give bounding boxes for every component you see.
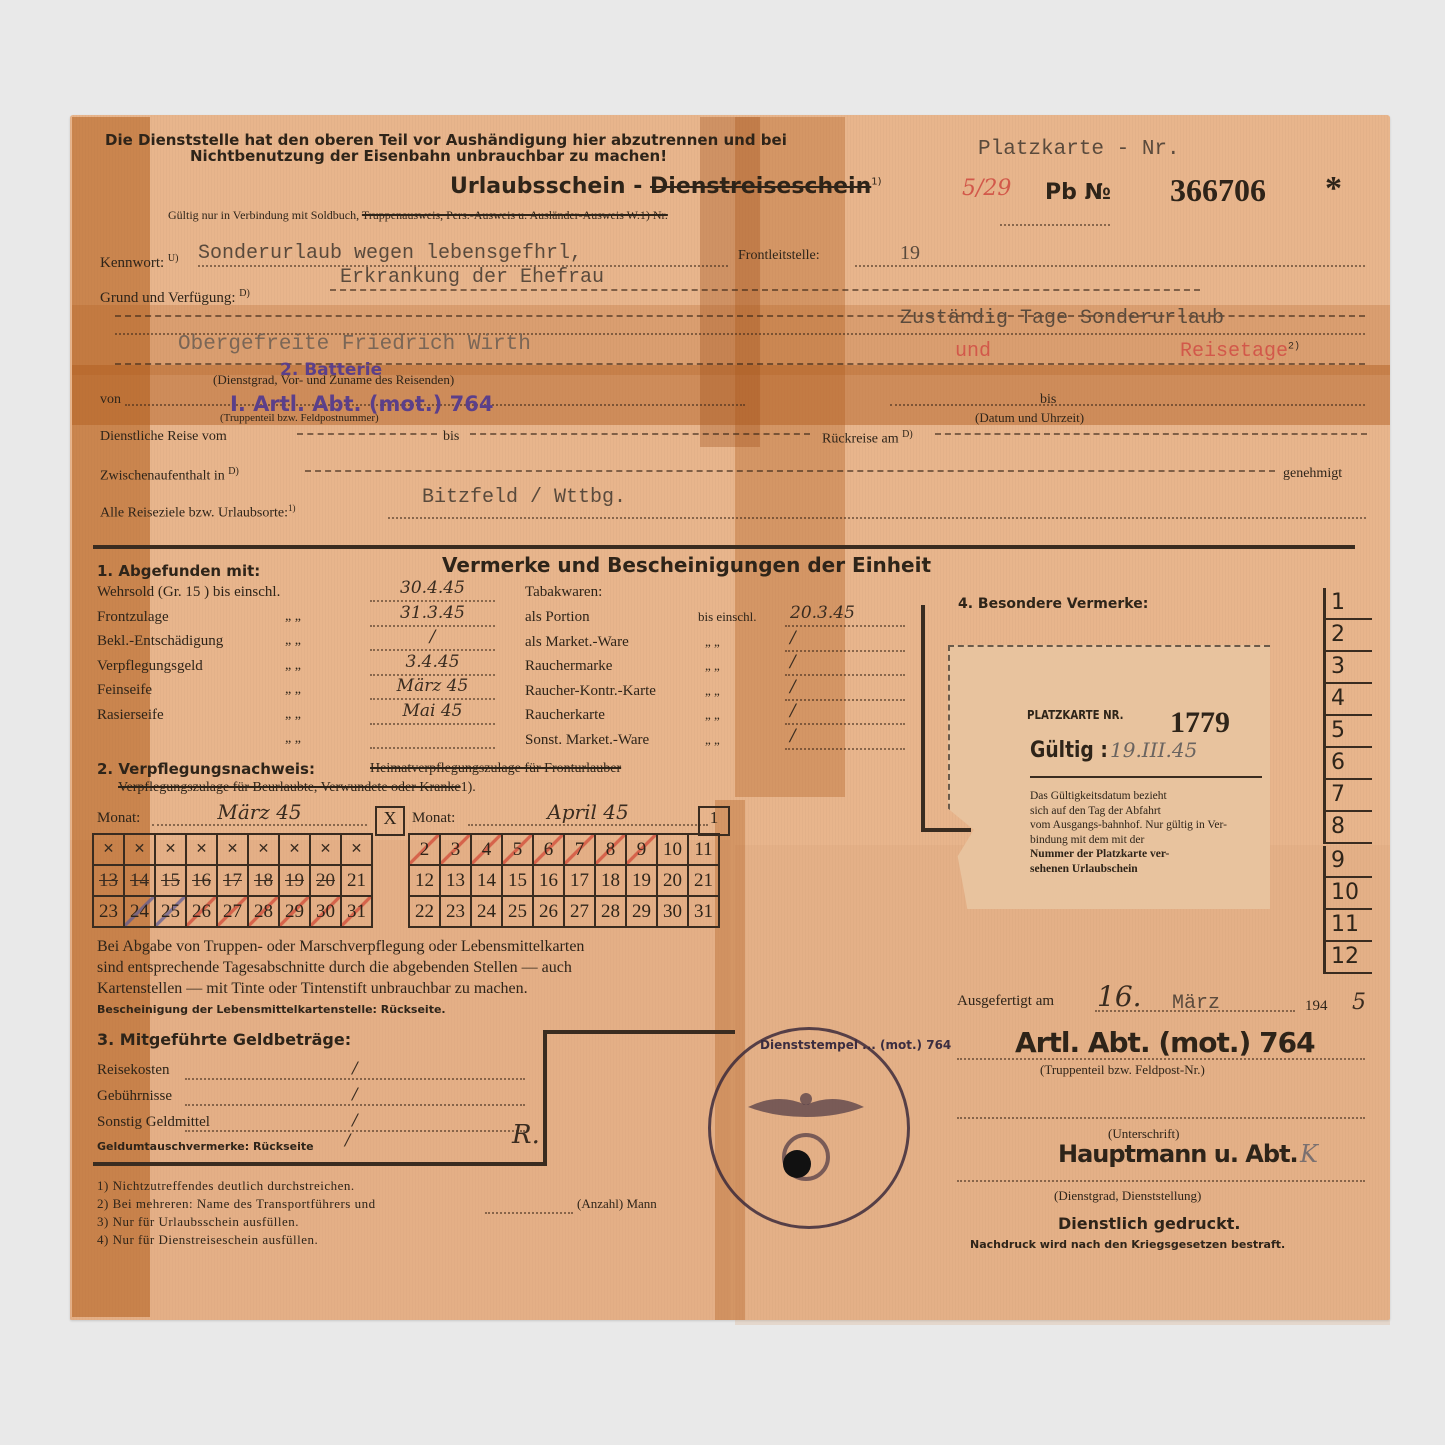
- tobacco-heading: Tabakwaren:: [525, 584, 602, 601]
- day-cell[interactable]: ✕: [341, 834, 372, 865]
- seal-text: Dienststempel ... (mot.) 764: [760, 1038, 951, 1052]
- genehmigt-label: genehmigt: [1283, 466, 1342, 482]
- day-cell[interactable]: 6: [533, 834, 564, 865]
- datetime-caption: (Datum und Uhrzeit): [975, 410, 1084, 426]
- section4-divider-foot: [921, 828, 971, 832]
- dienstreise-from-field[interactable]: [297, 433, 437, 435]
- day-cell[interactable]: 14: [124, 865, 155, 896]
- month1-field[interactable]: März 45: [152, 800, 367, 826]
- day-cell[interactable]: 25: [155, 896, 186, 927]
- tobacco-row-suffix: „ „: [705, 707, 720, 723]
- title-main: Urlaubsschein: [450, 174, 626, 199]
- initials: R.: [512, 1120, 540, 1150]
- day-cell[interactable]: ✕: [124, 834, 155, 865]
- eagle-seal-icon: [708, 1027, 910, 1229]
- section2-note-line: Bei Abgabe von Truppen- oder Marschverpf…: [97, 938, 584, 956]
- unit-caption: (Truppenteil bzw. Feldpost-Nr.): [1040, 1062, 1205, 1078]
- footnote-line: 3) Nur für Urlaubsschein ausfüllen.: [97, 1214, 299, 1230]
- issuance-day: 16.: [1097, 980, 1142, 1013]
- section4-number-column-bottom: 9101112: [1323, 846, 1372, 974]
- rueckreise-label: Rückreise am D): [822, 429, 913, 448]
- day-cell[interactable]: 8: [595, 834, 626, 865]
- day-cell[interactable]: 29: [279, 896, 310, 927]
- section2-heading: 2. Verpflegungsnachweis:: [97, 760, 315, 778]
- day-cell[interactable]: 10: [657, 834, 688, 865]
- rueckreise-field[interactable]: [935, 433, 1367, 435]
- traveler-name[interactable]: Obergefreite Friedrich Wirth: [178, 333, 531, 356]
- section1-row-label: Feinseife: [97, 682, 152, 699]
- section3-box-right: [543, 1030, 547, 1165]
- section4-number: 5: [1326, 716, 1372, 748]
- day-cell[interactable]: 22: [409, 896, 440, 927]
- day-cell[interactable]: ✕: [248, 834, 279, 865]
- section4-number: 9: [1326, 846, 1372, 878]
- day-cell[interactable]: 26: [186, 896, 217, 927]
- tobacco-row-suffix: „ „: [705, 732, 720, 748]
- exchange-label: Geldumtauschvermerke: Rückseite: [97, 1140, 314, 1153]
- day-cell[interactable]: 16: [186, 865, 217, 896]
- section2-note-bold: Bescheinigung der Lebensmittelkartenstel…: [97, 1003, 446, 1016]
- day-cell[interactable]: 20: [310, 865, 341, 896]
- section1-row-value[interactable]: Mai 45: [370, 701, 495, 725]
- serial-number: 366706: [1170, 172, 1266, 209]
- ditto-mark: „ „: [285, 707, 301, 723]
- day-cell[interactable]: 30: [657, 896, 688, 927]
- dienstreise-to-field[interactable]: [470, 433, 810, 435]
- day-cell[interactable]: 4: [471, 834, 502, 865]
- section3-row-value[interactable]: /: [185, 1084, 525, 1106]
- day-cell[interactable]: ✕: [155, 834, 186, 865]
- zwischen-field[interactable]: [305, 470, 1275, 472]
- von-label: von: [100, 392, 121, 408]
- day-cell[interactable]: 14: [471, 865, 502, 896]
- issuance-month: März: [1172, 992, 1220, 1015]
- ticket-text-line: Nummer der Platzkarte ver-: [1030, 848, 1169, 860]
- section1-row-value[interactable]: März 45: [370, 676, 495, 700]
- section4-number: 4: [1326, 684, 1372, 716]
- title-separator: -: [633, 174, 642, 199]
- day-cell[interactable]: 23: [93, 896, 124, 927]
- section3-row-label: Reisekosten: [97, 1062, 170, 1079]
- day-cell[interactable]: 18: [595, 865, 626, 896]
- document-title: Urlaubsschein - Dienstreiseschein1): [450, 174, 882, 199]
- day-cell[interactable]: 29: [626, 896, 657, 927]
- day-cell[interactable]: 11: [688, 834, 719, 865]
- top-notice-line2: Nichtbenutzung der Eisenbahn unbrauchbar…: [190, 147, 667, 165]
- footnote-line: 4) Nur für Dienstreiseschein ausfüllen.: [97, 1232, 318, 1248]
- section1-row-value[interactable]: 3.4.45: [370, 652, 495, 676]
- ticket-valid-label: Gültig :: [1030, 738, 1108, 763]
- kennwort-field[interactable]: Sonderurlaub wegen lebensgefhrl,: [198, 242, 728, 267]
- footnote2-field[interactable]: [485, 1212, 573, 1214]
- tobacco-row-suffix: „ „: [705, 658, 720, 674]
- ticket-valid-value: 19.III.45: [1110, 738, 1197, 762]
- tobacco-row-label: als Market.-Ware: [525, 634, 629, 651]
- month2-day-1[interactable]: 1: [698, 806, 730, 836]
- section3-heading: 3. Mitgeführte Geldbeträge:: [97, 1030, 351, 1049]
- section2-note-line: sind entsprechende Tagesabschnitte durch…: [97, 959, 572, 977]
- ditto-mark: „ „: [285, 609, 301, 625]
- tobacco-row-label: als Portion: [525, 609, 590, 626]
- day-cell[interactable]: 21: [688, 865, 719, 896]
- day-cell[interactable]: 5: [502, 834, 533, 865]
- section4-divider: [921, 605, 925, 830]
- dienstreise-label: Dienstliche Reise vom: [100, 429, 227, 445]
- tobacco-row-label: Sonst. Market.-Ware: [525, 732, 649, 749]
- day-cell[interactable]: ✕: [93, 834, 124, 865]
- section3-box-top: [545, 1030, 735, 1034]
- section4-number: 7: [1326, 780, 1372, 812]
- rank-initial: K: [1300, 1140, 1318, 1168]
- day-cell[interactable]: ✕: [279, 834, 310, 865]
- serial-prefix: Pb №: [1045, 180, 1111, 205]
- validity-note-text: Gültig nur in Verbindung mit Soldbuch,: [168, 208, 359, 222]
- day-cell[interactable]: 16: [533, 865, 564, 896]
- exchange-value: /: [345, 1130, 350, 1149]
- section2-note-line: Kartenstellen — mit Tinte oder Tintensti…: [97, 980, 528, 998]
- ditto-mark: „ „: [285, 633, 301, 649]
- section2-struck-2: Verpflegungszulage für Beurlaubte, Verwu…: [118, 780, 476, 796]
- day-cell[interactable]: 27: [217, 896, 248, 927]
- day-cell[interactable]: 28: [595, 896, 626, 927]
- tobacco-row-label: Raucher-Kontr.-Karte: [525, 683, 656, 700]
- month2-field[interactable]: April 45: [468, 800, 708, 826]
- day-cell[interactable]: 7: [564, 834, 595, 865]
- month2-label: Monat:: [412, 810, 455, 827]
- day-cell[interactable]: 31: [688, 896, 719, 927]
- frontleitstelle-label: Frontleitstelle:: [738, 248, 820, 264]
- unit-stamp: Artl. Abt. (mot.) 764: [1015, 1026, 1315, 1059]
- tobacco-row-label: Raucherkarte: [525, 707, 605, 724]
- section4-number: 8: [1326, 812, 1372, 844]
- day-cell[interactable]: 20: [657, 865, 688, 896]
- rank-line: [957, 1180, 1365, 1182]
- ditto-mark: „ „: [285, 731, 301, 747]
- serial-mark: *: [1325, 170, 1342, 208]
- section1-row-label: Bekl.-Entschädigung: [97, 633, 223, 650]
- day-cell[interactable]: ✕: [217, 834, 248, 865]
- day-cell[interactable]: 3: [440, 834, 471, 865]
- section4-number: 10: [1326, 878, 1372, 910]
- dienstreise-bis-label: bis: [443, 429, 459, 445]
- unit-line: [957, 1058, 1365, 1060]
- tobacco-row-suffix: bis einschl.: [698, 609, 757, 625]
- title-footnote: 1): [871, 177, 881, 188]
- day-cell[interactable]: 13: [440, 865, 471, 896]
- day-cell[interactable]: 15: [155, 865, 186, 896]
- tobacco-row-value[interactable]: /: [785, 726, 905, 750]
- reprint-notice: Nachdruck wird nach den Kriegsgesetzen b…: [970, 1238, 1285, 1251]
- section4-number: 2: [1326, 620, 1372, 652]
- day-cell[interactable]: 26: [533, 896, 564, 927]
- section1-heading: 1. Abgefunden mit:: [97, 562, 260, 580]
- day-cell[interactable]: 24: [471, 896, 502, 927]
- footnote-line: 1) Nichtzutreffendes deutlich durchstrei…: [97, 1178, 355, 1194]
- section1-row-value[interactable]: [370, 725, 495, 749]
- ticket-number: 1779: [1170, 706, 1230, 740]
- section1-row-label: Frontzulage: [97, 609, 169, 626]
- day-cell[interactable]: 17: [217, 865, 248, 896]
- day-cell[interactable]: 30: [310, 896, 341, 927]
- day-cell[interactable]: ✕: [310, 834, 341, 865]
- tobacco-row-suffix: „ „: [705, 634, 720, 650]
- grund-label: Grund und Verfügung: D): [100, 288, 250, 307]
- ticket-text-line: Das Gültigkeitsdatum bezieht: [1030, 790, 1167, 802]
- validity-note: Gültig nur in Verbindung mit Soldbuch, T…: [168, 208, 668, 223]
- signature-line[interactable]: [957, 1117, 1365, 1119]
- handwritten-ref: 5/29: [962, 176, 1011, 201]
- footnote2-suffix: (Anzahl) Mann: [577, 1196, 657, 1212]
- section4-number: 3: [1326, 652, 1372, 684]
- bis-line: [890, 404, 1365, 406]
- day-cell[interactable]: 15: [502, 865, 533, 896]
- day-cell[interactable]: 24: [124, 896, 155, 927]
- section4-number: 11: [1326, 910, 1372, 942]
- reisetage-text: Reisetage2): [1180, 340, 1300, 363]
- day-cell[interactable]: 19: [626, 865, 657, 896]
- tobacco-row-value[interactable]: /: [785, 701, 905, 725]
- ticket-label: PLATZKARTE NR.: [1027, 708, 1124, 722]
- tobacco-row-value[interactable]: /: [785, 652, 905, 676]
- tobacco-row-suffix: „ „: [705, 683, 720, 699]
- reiseziele-label: Alle Reiseziele bzw. Urlaubsorte:1): [100, 503, 296, 522]
- section1-row-label: Rasierseife: [97, 707, 164, 724]
- ditto-mark: „ „: [285, 682, 301, 698]
- rank-caption: (Dienstgrad, Dienststellung): [1054, 1188, 1201, 1204]
- day-cell[interactable]: 13: [93, 865, 124, 896]
- frontleitstelle-field[interactable]: 19: [855, 242, 1365, 267]
- title-struck: Dienstreiseschein: [650, 174, 871, 199]
- von-caption: (Truppenteil bzw. Feldpostnummer): [220, 412, 379, 424]
- day-cell[interactable]: 25: [502, 896, 533, 927]
- day-cell[interactable]: 12: [409, 865, 440, 896]
- month1-check-box[interactable]: X: [375, 806, 405, 836]
- kennwort-label: Kennwort: U): [100, 253, 178, 272]
- section1-row-label: Verpflegungsgeld: [97, 658, 203, 675]
- ditto-mark: „ „: [285, 658, 301, 674]
- ticket-text-line: bindung mit dem mit der: [1030, 834, 1144, 846]
- section1-row-value[interactable]: /: [370, 627, 495, 651]
- section1-row-label: Wehrsold (Gr. 15 ) bis einschl.: [97, 584, 280, 601]
- section3-row-value[interactable]: /: [185, 1110, 525, 1132]
- day-cell[interactable]: 18: [248, 865, 279, 896]
- validity-note-struck: Truppenausweis, Pers.-Ausweis u. Ausländ…: [362, 208, 668, 222]
- issuance-year-prefix: 194: [1305, 998, 1328, 1015]
- tobacco-row-label: Rauchermarke: [525, 658, 612, 675]
- printed-notice: Dienstlich gedruckt.: [1058, 1214, 1240, 1233]
- reiseziele-value[interactable]: Bitzfeld / Wttbg.: [422, 486, 626, 509]
- section2-struck-1: Heimatverpflegungszulage für Fronturlaub…: [370, 761, 621, 777]
- section4-number: 12: [1326, 942, 1372, 974]
- section3-box-bottom: [93, 1162, 547, 1166]
- section-heading: Vermerke und Bescheinigungen der Einheit: [442, 553, 931, 577]
- ticket-text-line: vom Ausgangs-bahnhof. Nur gültig in Ver-: [1030, 819, 1227, 831]
- footnote-line: 2) Bei mehreren: Name des Transportführe…: [97, 1196, 376, 1212]
- section1-row-value[interactable]: 30.4.45: [370, 578, 495, 602]
- tobacco-row-value[interactable]: 20.3.45: [785, 603, 905, 627]
- month2-day-grid: 2345678910111213141516171819202122232425…: [408, 833, 720, 928]
- section4-number: 6: [1326, 748, 1372, 780]
- issuance-year-suffix: 5: [1352, 990, 1366, 1015]
- zwischen-label: Zwischenaufenthalt in D): [100, 466, 239, 485]
- traveler-caption: (Dienstgrad, Vor- und Zuname des Reisend…: [213, 372, 454, 388]
- day-cell[interactable]: 31: [341, 896, 372, 927]
- zustaendig-text: Zuständig Tage Sonderurlaub: [900, 307, 1224, 330]
- section-separator: [93, 545, 1355, 549]
- day-cell[interactable]: ✕: [186, 834, 217, 865]
- day-cell[interactable]: 28: [248, 896, 279, 927]
- month1-day-grid: ✕✕✕✕✕✕✕✕✕1314151617181920212324252627282…: [92, 833, 373, 928]
- ticket-text-line: sich auf den Tag der Abfahrt: [1030, 805, 1161, 817]
- platzkarte-typed: Platzkarte - Nr.: [978, 138, 1180, 161]
- month1-label: Monat:: [97, 810, 140, 827]
- section3-row-label: Gebührnisse: [97, 1088, 172, 1105]
- day-cell[interactable]: 23: [440, 896, 471, 927]
- issuance-label: Ausgefertigt am: [957, 993, 1054, 1010]
- validity-number-line: [1000, 224, 1110, 226]
- ticket-rule: [1030, 776, 1262, 778]
- reiseziele-line: [388, 517, 1366, 519]
- und-text: und: [955, 340, 991, 363]
- day-cell[interactable]: 2: [409, 834, 440, 865]
- punch-hole: [783, 1150, 811, 1178]
- day-cell[interactable]: 9: [626, 834, 657, 865]
- section1-row-value[interactable]: 31.3.45: [370, 603, 495, 627]
- section4-number: 1: [1326, 588, 1372, 620]
- section3-row-value[interactable]: /: [185, 1058, 525, 1080]
- day-cell[interactable]: 21: [341, 865, 372, 896]
- section4-heading: 4. Besondere Vermerke:: [958, 596, 1148, 612]
- grund-field[interactable]: Erkrankung der Ehefrau: [330, 266, 1200, 291]
- day-cell[interactable]: 17: [564, 865, 595, 896]
- tobacco-row-value[interactable]: /: [785, 677, 905, 701]
- section4-number-column-top: 12345678: [1323, 588, 1372, 844]
- rank-stamp: Hauptmann u. Abt.: [1058, 1140, 1298, 1168]
- tobacco-row-value[interactable]: /: [785, 628, 905, 652]
- day-cell[interactable]: 19: [279, 865, 310, 896]
- ticket-text-line: sehenen Urlaubschein: [1030, 863, 1138, 875]
- day-cell[interactable]: 27: [564, 896, 595, 927]
